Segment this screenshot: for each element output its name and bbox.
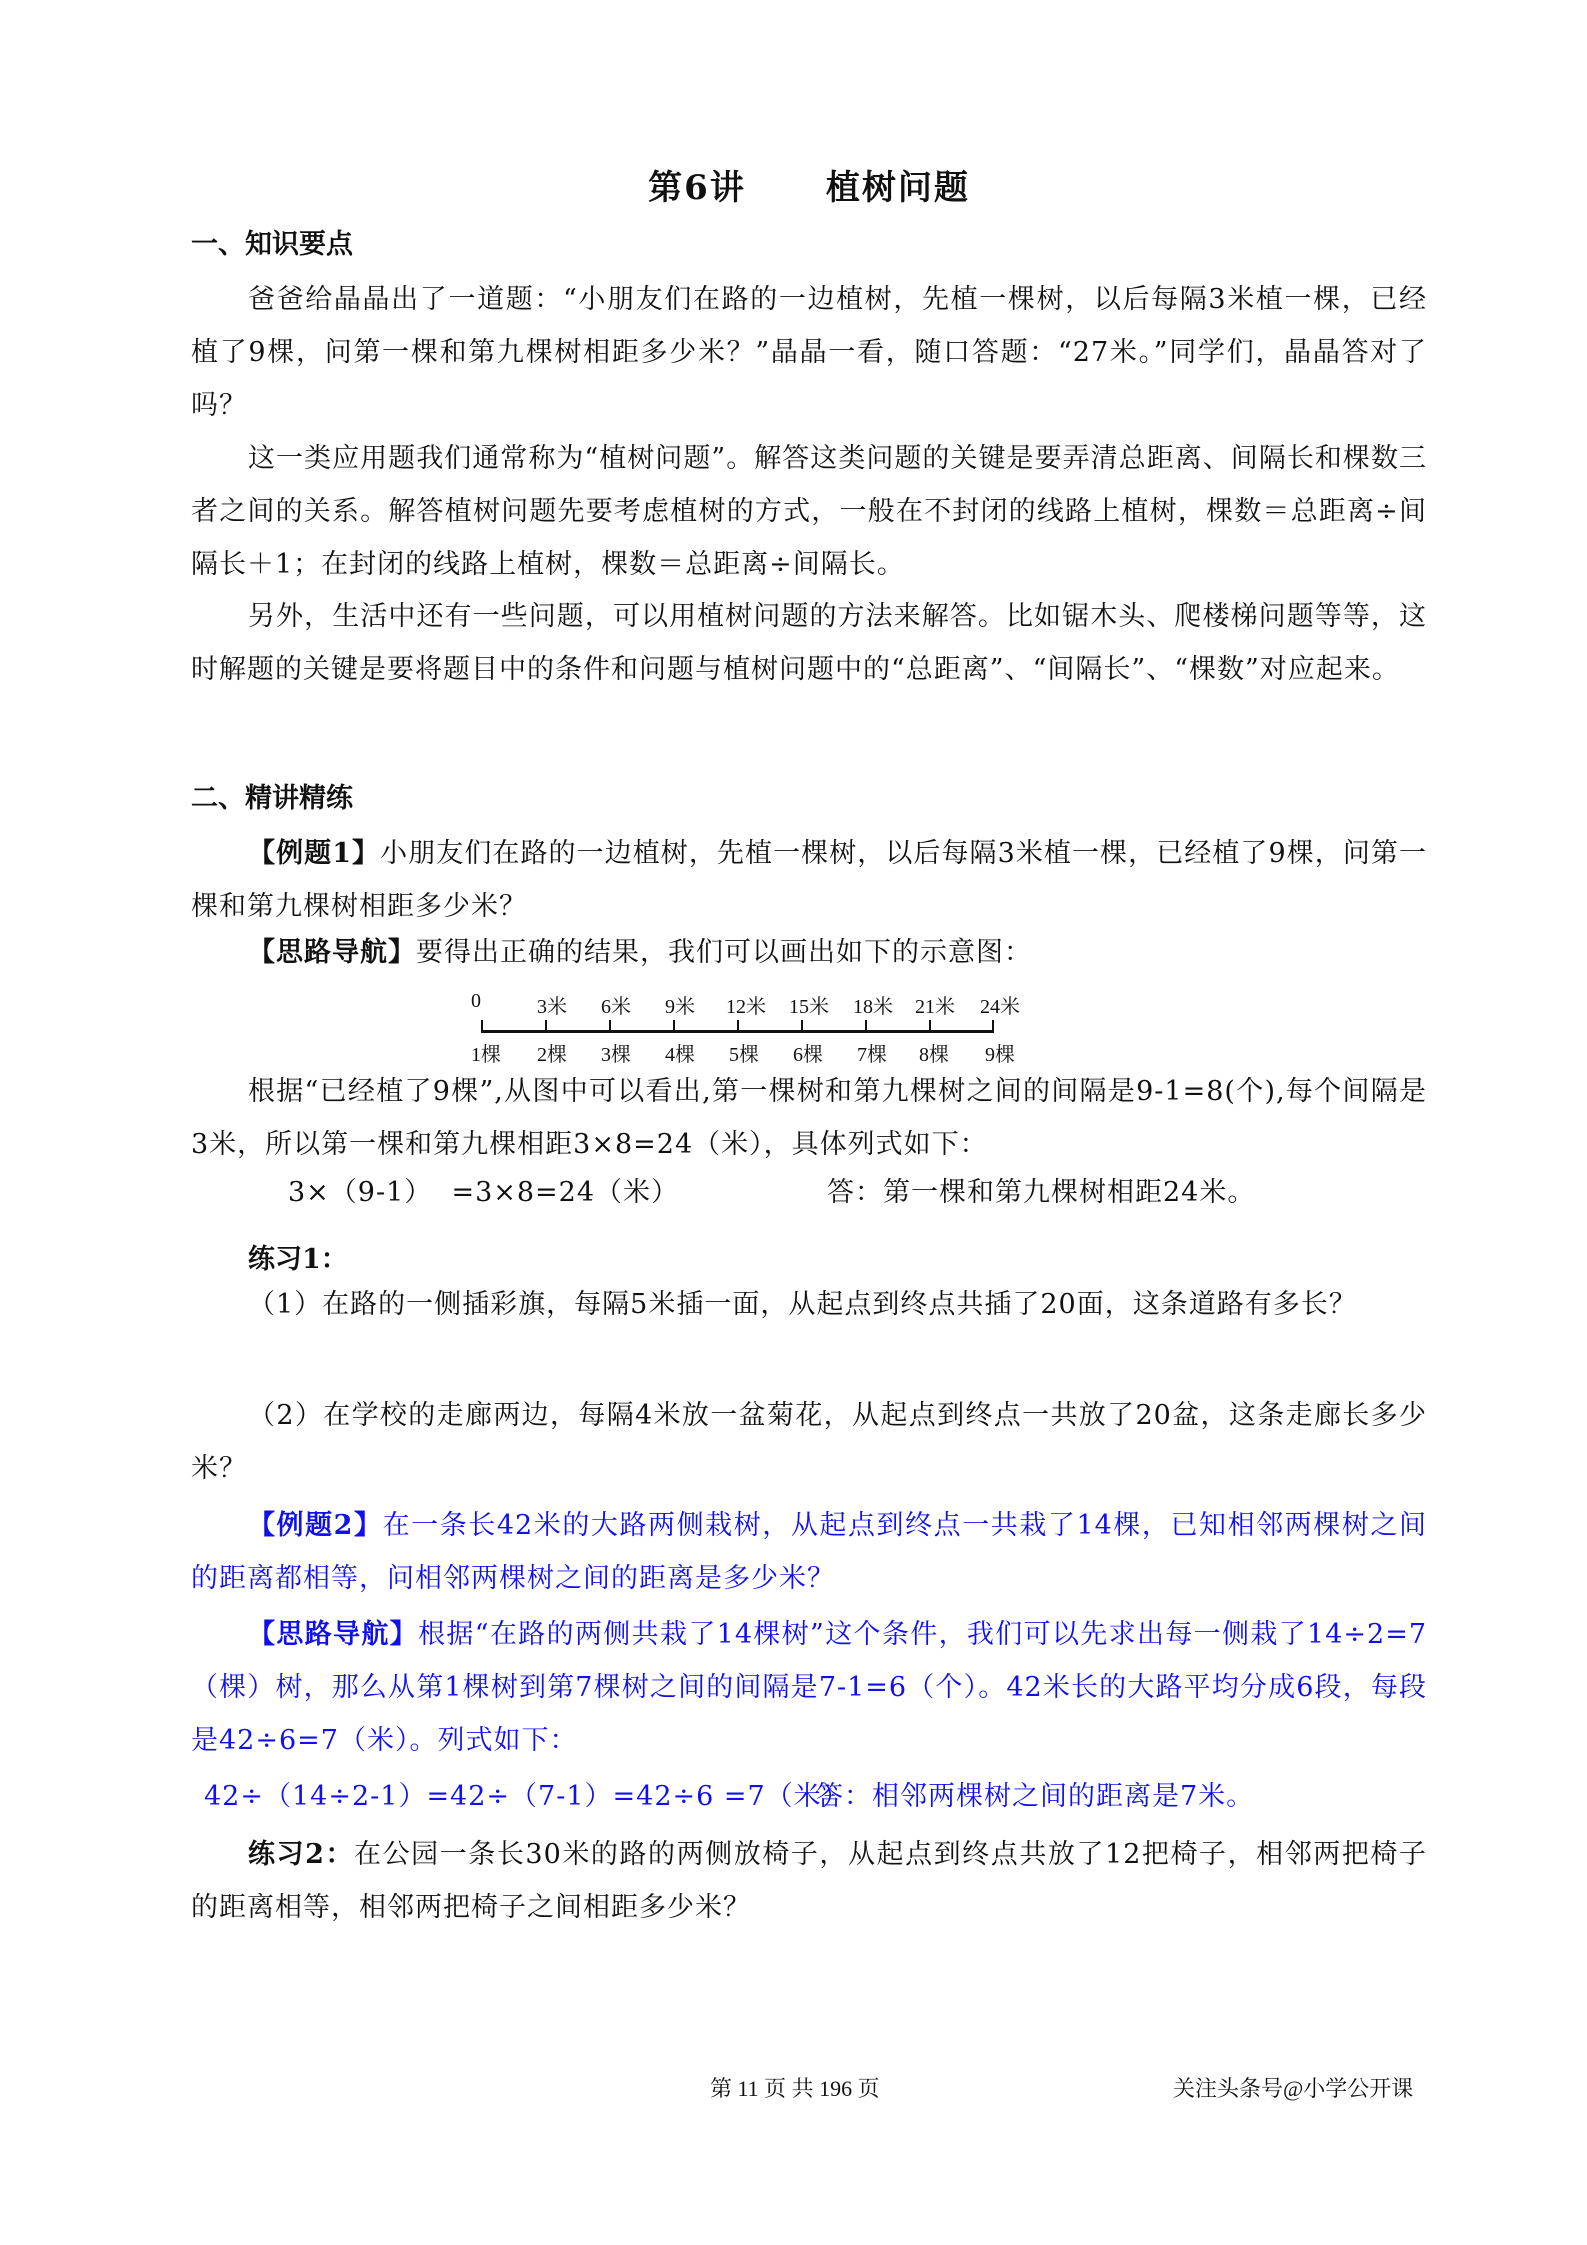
tree-count-label: 1棵	[471, 1038, 501, 1067]
practice2: 练习2：在公园一条长30米的路的两侧放椅子，从起点到终点共放了12把椅子，相邻两…	[191, 1828, 1427, 1934]
lecture-topic: 植树问题	[826, 168, 970, 208]
example1-hint-label: 【思路导航】	[248, 937, 416, 968]
axis-tick	[865, 1020, 867, 1032]
example1-hint-text: 要得出正确的结果，我们可以画出如下的示意图：	[416, 937, 1032, 968]
axis-tick	[673, 1020, 675, 1032]
distance-label: 12米	[726, 990, 766, 1019]
practice1-label: 练习1：	[248, 1237, 348, 1276]
example1-explanation: 根据“已经植了9棵”,从图中可以看出,第一棵树和第九棵树之间的间隔是9-1=8(…	[191, 1065, 1427, 1171]
axis-tick	[992, 1020, 994, 1032]
concept-paragraph: 这一类应用题我们通常称为“植树问题”。解答这类问题的关键是要弄清总距离、间隔长和…	[191, 432, 1427, 591]
distance-label: 24米	[980, 990, 1020, 1019]
page-title: 第6讲植树问题	[191, 160, 1427, 209]
axis-tick	[737, 1020, 739, 1032]
practice1-item-1: （1）在路的一侧插彩旗，每隔5米插一面，从起点到终点共插了20面，这条道路有多长…	[191, 1278, 1427, 1331]
example2-formula: 42÷（14÷2-1）=42÷（7-1）=42÷6 =7（米）	[204, 1774, 850, 1813]
distance-axis-line	[481, 1030, 994, 1033]
tree-count-label: 9棵	[985, 1038, 1015, 1067]
axis-tick	[609, 1020, 611, 1032]
page-number: 第 11 页 共 196 页	[710, 2072, 880, 2103]
axis-tick	[801, 1020, 803, 1032]
example2-hint-label: 【思路导航】	[248, 1619, 418, 1650]
axis-tick	[929, 1020, 931, 1032]
application-paragraph: 另外，生活中还有一些问题，可以用植树问题的方法来解答。比如锯木头、爬楼梯问题等等…	[191, 590, 1427, 696]
practice1-item-2: （2）在学校的走廊两边，每隔4米放一盆菊花，从起点到终点一共放了20盆，这条走廊…	[191, 1389, 1427, 1495]
distance-label: 9米	[665, 990, 695, 1019]
tree-count-label: 5棵	[729, 1038, 759, 1067]
tree-count-label: 7棵	[857, 1038, 887, 1067]
source-attribution: 关注头条号@小学公开课	[1173, 2072, 1413, 2103]
distance-label: 15米	[789, 990, 829, 1019]
axis-tick	[481, 1020, 483, 1032]
distance-label: 0	[471, 990, 481, 1013]
practice2-label: 练习2：	[248, 1839, 354, 1870]
axis-tick	[545, 1020, 547, 1032]
example1-question: 【例题1】小朋友们在路的一边植树，先植一棵树，以后每隔3米植一棵，已经植了9棵，…	[191, 827, 1427, 933]
lecture-number: 第6讲	[648, 168, 746, 208]
example2-answer: 答：相邻两棵树之间的距离是7米。	[816, 1774, 1254, 1813]
tree-count-label: 2棵	[537, 1038, 567, 1067]
practice2-text: 在公园一条长30米的路的两侧放椅子，从起点到终点共放了12把椅子，相邻两把椅子的…	[191, 1839, 1427, 1923]
tree-count-label: 4棵	[665, 1038, 695, 1067]
example2-hint: 【思路导航】根据“在路的两侧共栽了14棵树”这个条件，我们可以先求出每一侧栽了1…	[191, 1608, 1427, 1767]
section-heading-practice: 二、精讲精练	[191, 776, 353, 815]
distance-label: 18米	[853, 990, 893, 1019]
tree-count-label: 8棵	[919, 1038, 949, 1067]
distance-label: 21米	[915, 990, 955, 1019]
intro-paragraph: 爸爸给晶晶出了一道题：“小朋友们在路的一边植树，先植一棵树，以后每隔3米植一棵，…	[191, 273, 1427, 432]
example2-label: 【例题2】	[248, 1510, 383, 1541]
tree-count-label: 6棵	[793, 1038, 823, 1067]
example1-formula: 3×（9-1） =3×8=24（米）	[288, 1170, 679, 1209]
example1-answer: 答：第一棵和第九棵树相距24米。	[827, 1170, 1255, 1209]
tree-count-label: 3棵	[601, 1038, 631, 1067]
example2-question: 【例题2】在一条长42米的大路两侧栽树，从起点到终点一共栽了14棵，已知相邻两棵…	[191, 1499, 1427, 1605]
section-heading-knowledge: 一、知识要点	[191, 222, 353, 261]
example1-label: 【例题1】	[248, 838, 380, 869]
example1-hint: 【思路导航】要得出正确的结果，我们可以画出如下的示意图：	[191, 933, 1427, 973]
distance-label: 6米	[601, 990, 631, 1019]
distance-label: 3米	[537, 990, 567, 1019]
